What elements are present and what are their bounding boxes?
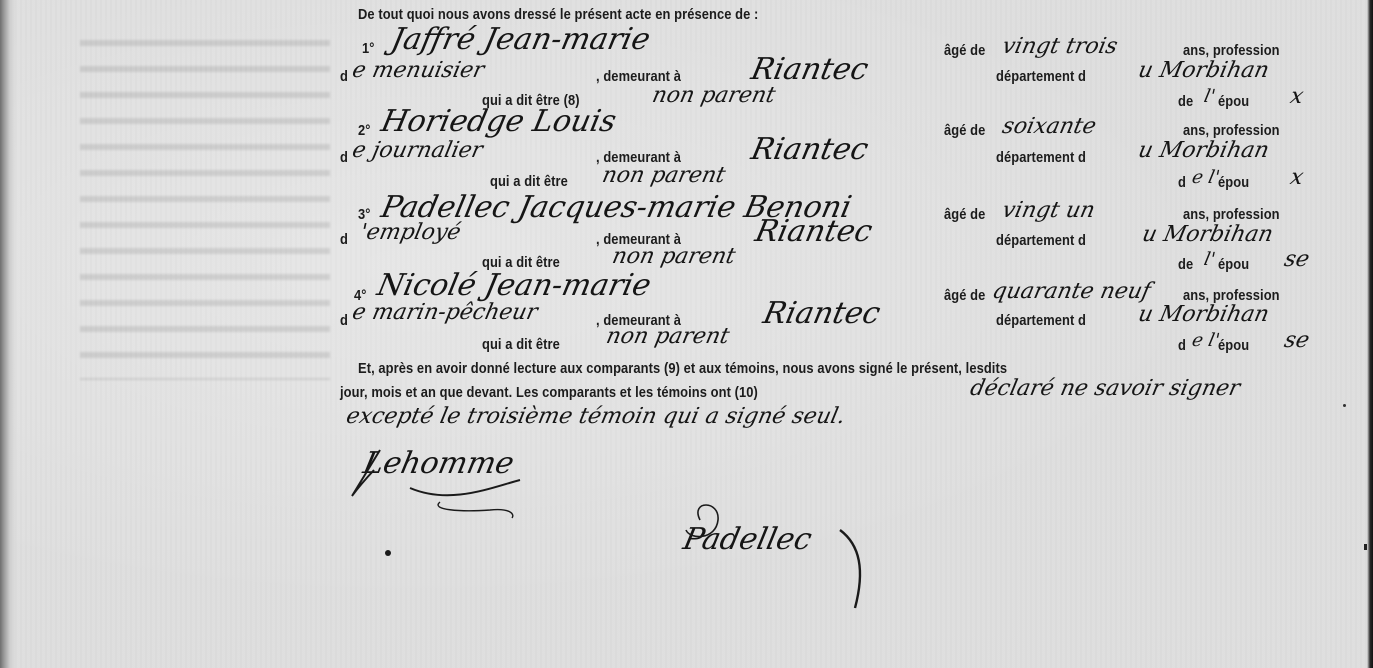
department-label: département d (996, 312, 1086, 329)
spouse-suffix: x (1288, 84, 1306, 109)
witness-department: u Morbihan (1136, 58, 1271, 83)
spouse-mid: e l' (1190, 330, 1222, 351)
age-label: âgé de (944, 122, 985, 139)
page-right-edge (1367, 0, 1373, 668)
spouse-mid: l' (1202, 86, 1217, 107)
witness-profession: 'employé (358, 220, 463, 245)
spouse-label: épou (1218, 337, 1249, 354)
spouse-label: épou (1218, 256, 1249, 273)
witness-relation: non parent (610, 244, 738, 269)
spouse-suffix: se (1282, 328, 1312, 353)
witness-name: Nicolé Jean-marie (374, 268, 654, 303)
profession-prefix: d (340, 231, 348, 248)
spouse-mid: l' (1202, 249, 1217, 270)
department-label: département d (996, 149, 1086, 166)
witness-department: u Morbihan (1136, 138, 1271, 163)
spouse-prefix: d (1178, 174, 1186, 191)
witness-relation: non parent (650, 83, 778, 108)
witness-profession: e menuisier (350, 58, 486, 83)
age-label: âgé de (944, 287, 985, 304)
closing-line-1: Et, après en avoir donné lecture aux com… (358, 360, 1007, 377)
department-label: département d (996, 68, 1086, 85)
witness-name: Horiedge Louis (378, 104, 619, 139)
witness-age: soixante (1000, 114, 1098, 139)
witness-residence: Riantec (748, 132, 871, 167)
spouse-prefix: d (1178, 337, 1186, 354)
page-binding-edge (0, 0, 16, 668)
witness-department: u Morbihan (1136, 302, 1271, 327)
witness-name: Jaffré Jean-marie (388, 22, 653, 57)
spouse-suffix: se (1282, 247, 1312, 272)
witness-residence: Riantec (752, 214, 875, 249)
witness-age: quarante neuf (990, 279, 1153, 304)
witness-number: 1° (362, 40, 375, 57)
stray-mark (1343, 404, 1346, 407)
signature-2-flourish (660, 490, 880, 620)
witness-department: u Morbihan (1140, 222, 1275, 247)
witness-age: vingt trois (1000, 34, 1120, 59)
closing-line-2: jour, mois et an que devant. Les compara… (340, 384, 758, 401)
witness-age: vingt un (1000, 198, 1097, 223)
age-label: âgé de (944, 206, 985, 223)
witness-relation: non parent (600, 163, 728, 188)
witness-residence: Riantec (760, 296, 883, 331)
closing-handwritten-2: excepté le troisième témoin qui a signé … (344, 404, 848, 429)
spouse-prefix: de (1178, 256, 1193, 273)
age-suffix: ans, profession (1183, 206, 1280, 223)
bleed-through-text (80, 40, 330, 380)
witness-relation: non parent (604, 324, 732, 349)
intro-line: De tout quoi nous avons dressé le présen… (358, 6, 758, 23)
age-suffix: ans, profession (1183, 42, 1280, 59)
witness-residence: Riantec (748, 52, 871, 87)
relation-label: qui a dit être (482, 336, 560, 353)
department-label: département d (996, 232, 1086, 249)
relation-label: qui a dit être (490, 173, 568, 190)
spouse-mid: e l' (1190, 167, 1222, 188)
spouse-label: épou (1218, 174, 1249, 191)
spouse-suffix: x (1288, 165, 1306, 190)
scanned-document-page: De tout quoi nous avons dressé le présen… (0, 0, 1373, 668)
age-suffix: ans, profession (1183, 122, 1280, 139)
stray-mark (1364, 544, 1367, 550)
closing-handwritten-1: déclaré ne savoir signer (968, 376, 1242, 401)
witness-profession: e journalier (350, 138, 485, 163)
profession-prefix: d (340, 149, 348, 166)
witness-profession: e marin-pêcheur (350, 300, 540, 325)
spouse-prefix: de (1178, 93, 1193, 110)
signature-1-flourish (340, 440, 580, 560)
age-label: âgé de (944, 42, 985, 59)
witness-number: 2° (358, 122, 371, 139)
profession-prefix: d (340, 312, 348, 329)
spouse-label: épou (1218, 93, 1249, 110)
profession-prefix: d (340, 68, 348, 85)
